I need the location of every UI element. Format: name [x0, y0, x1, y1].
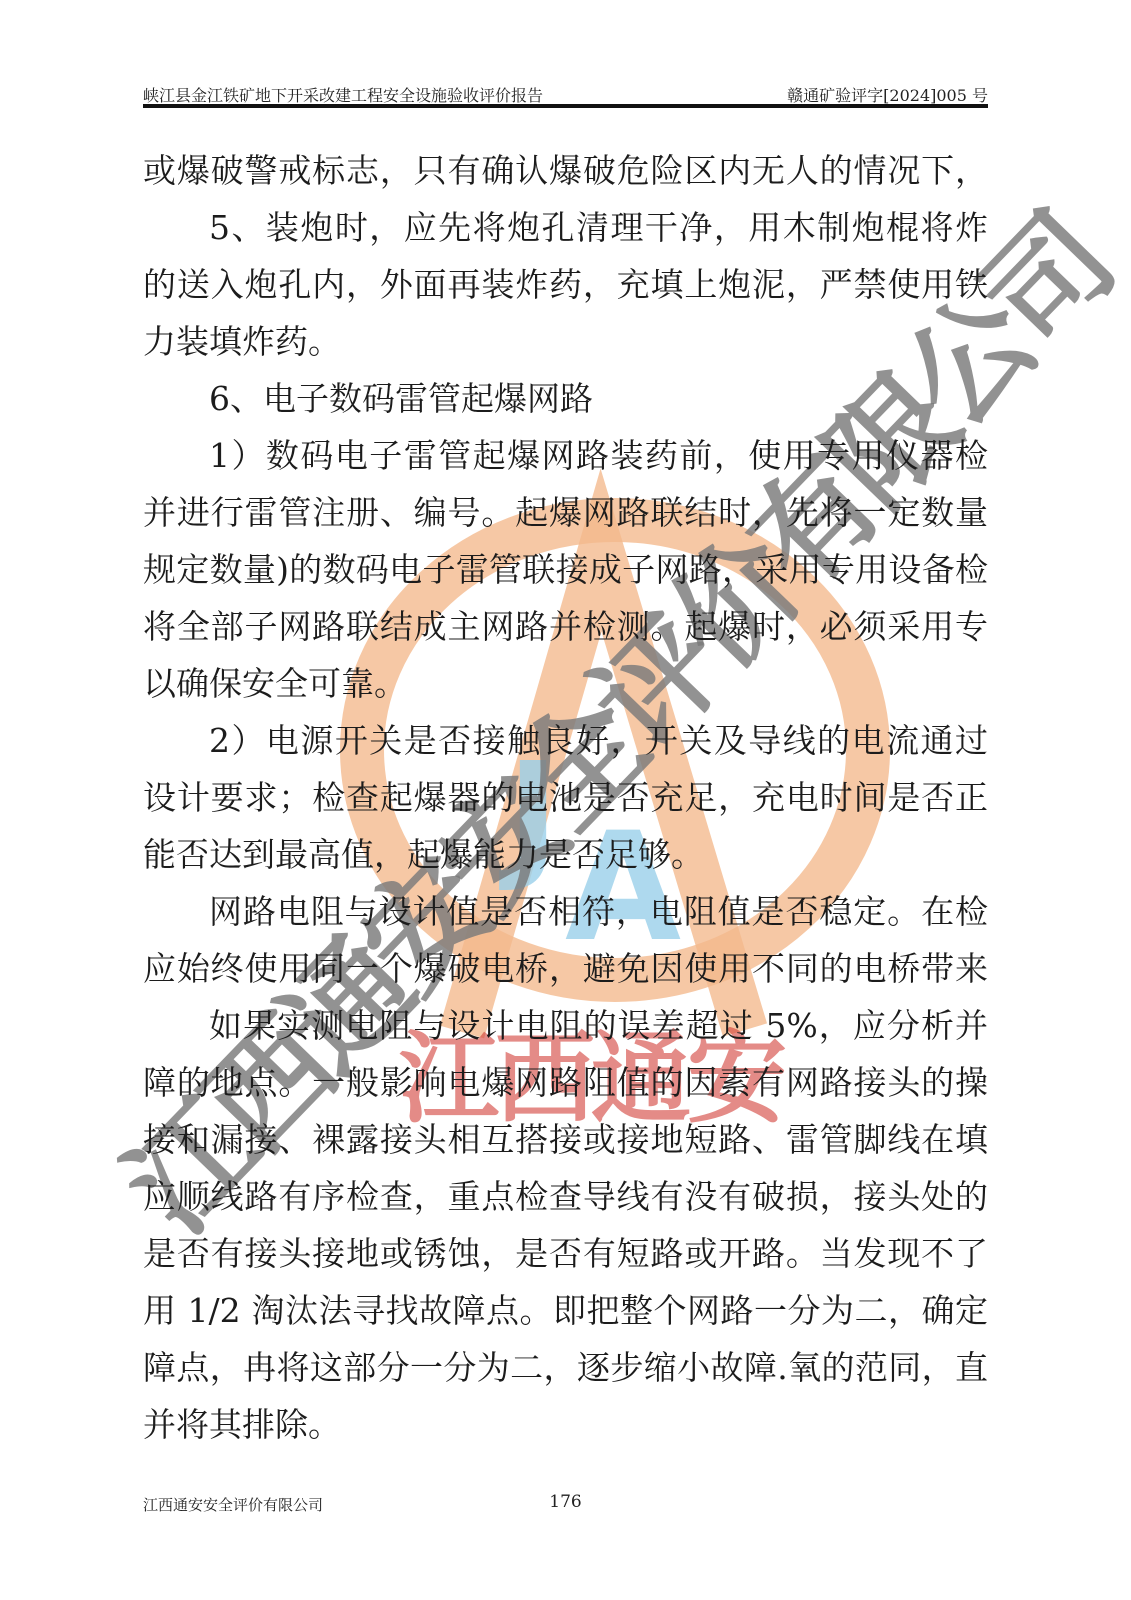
body-line: 将全部子网路联结成主网路并检测。起爆时，必须采用专用起爆器起爆， [143, 598, 988, 655]
body-line: 并将其排除。 [143, 1396, 988, 1453]
body-line: 并进行雷管注册、编号。起爆网路联结时，先将一定数量（小于子起爆器 [143, 484, 988, 541]
body-line: 能否达到最高值，起爆能力是否足够。 [143, 826, 988, 883]
body-line: 应始终使用同一个爆破电桥，避免因使用不同的电桥带来的测量误差。 [143, 940, 988, 997]
body-line: 6、电子数码雷管起爆网路 [143, 370, 988, 427]
body-line: 网路电阻与设计值是否相符，电阻值是否稳定。在检查网路电阻时， [143, 883, 988, 940]
body-line: 规定数量)的数码电子雷管联接成子网路，采用专用设备检测无误后，再 [143, 541, 988, 598]
body-line: 或爆破警戒标志，只有确认爆破危险区内无人的情况下，方能准许点火爆破。 [143, 142, 988, 199]
document-page: J A 江西通安安全评价有限公司 江西通安 峡江县金江铁矿地下开采改建工程安全设… [0, 0, 1131, 1600]
body-line: 2）电源开关是否接触良好，开关及导线的电流通过能力是否能满足 [143, 712, 988, 769]
page-footer: 江西通安安全评价有限公司 176 [143, 1492, 988, 1518]
header-doc-number: 赣通矿验评字[2024]005 号 [787, 83, 988, 106]
body-line: 设计要求；检查起爆器的电池是否充足，充电时间是否正常，充电后电压 [143, 769, 988, 826]
body-line: 用 1/2 淘汰法寻找故障点。即把整个网路一分为二，确定其中哪一半含故 [143, 1282, 988, 1339]
body-line: 如果实测电阻与设计电阻的误差超过 5%，应分析并检查可能发生故 [143, 997, 988, 1054]
page-header: 峡江县金江铁矿地下开采改建工程安全设施验收评价报告 赣通矿验评字[2024]00… [143, 76, 988, 106]
body-text: 或爆破警戒标志，只有确认爆破危险区内无人的情况下，方能准许点火爆破。5、装炮时，… [143, 142, 988, 1453]
footer-page-number: 176 [143, 1492, 988, 1512]
body-line: 的送入炮孔内，外面再装炸药，充填上炮泥，严禁使用铁件，铁棍或用猛 [143, 256, 988, 313]
body-line: 5、装炮时，应先将炮孔清理干净，用木制炮棍将炸药和起炮药轻轻 [143, 199, 988, 256]
body-line: 力装填炸药。 [143, 313, 988, 370]
body-line: 是否有接头接地或锈蚀，是否有短路或开路。当发现不了故障点时，可采 [143, 1225, 988, 1282]
header-rule [143, 104, 988, 108]
body-line: 1）数码电子雷管起爆网路装药前，使用专用仪器检测数码电子雷管， [143, 427, 988, 484]
body-line: 接和漏接、裸露接头相互搭接或接地短路、雷管脚线在填塞过程中受损等 [143, 1111, 988, 1168]
body-line: 应顺线路有序检查，重点检查导线有没有破损，接头处的连接质量；检查 [143, 1168, 988, 1225]
body-line: 障点，冉将这部分一分为二，逐步缩小故障.氧的范同，直到找出故障点 [143, 1339, 988, 1396]
header-report-title: 峡江县金江铁矿地下开采改建工程安全设施验收评价报告 [143, 83, 543, 106]
body-line: 障的地点。一般影响电爆网路阻值的因素有网路接头的操作质量、发生错 [143, 1054, 988, 1111]
body-line: 以确保安全可靠。 [143, 655, 988, 712]
